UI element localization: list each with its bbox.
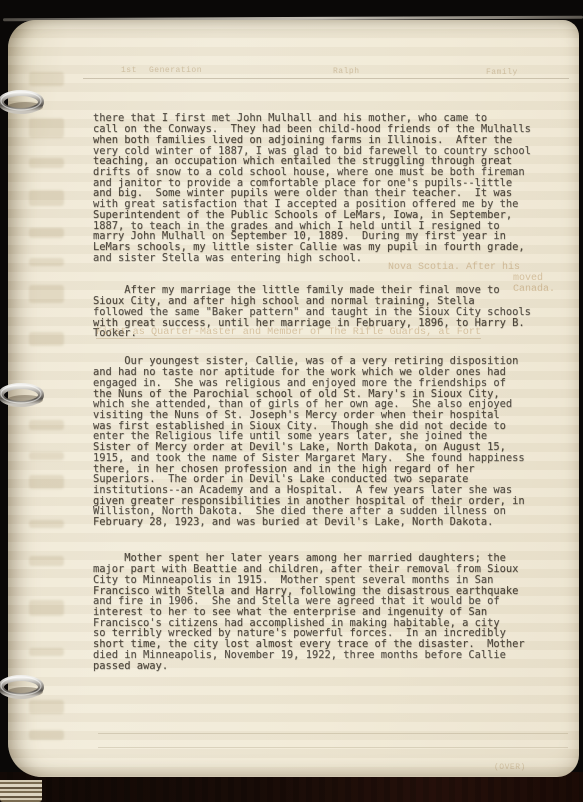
bleed-through-mark (29, 556, 64, 566)
bleed-through-mark (29, 452, 64, 460)
bleed-through-header-number: 1st (121, 66, 137, 75)
bleed-through-mark (29, 258, 64, 266)
binder-ring (0, 673, 51, 705)
paragraph-mother-later-years: Mother spent her later years among her m… (93, 553, 525, 671)
bleed-through-rifle-guards: First as Quarter-Master and Member of Th… (96, 327, 481, 339)
binder-ring (0, 88, 51, 120)
bleed-through-mark (29, 475, 64, 489)
bleed-through-nova-scotia: Nova Scotia. After his (388, 262, 520, 273)
bleed-through-mark (29, 158, 64, 168)
bleed-through-mark (29, 228, 64, 238)
bleed-through-canada: Canada. (513, 284, 555, 295)
paragraph-lemars-teaching: there that I first met John Mulhall and … (93, 113, 531, 263)
bleed-through-mark (29, 420, 64, 430)
bleed-through-mark (29, 520, 64, 528)
scanned-binder-photo: { "document": { "ghost_header": { "col1"… (0, 0, 583, 802)
bleed-through-mark (29, 285, 64, 303)
bleed-through-header-generation: Generation (149, 66, 202, 75)
paragraph-sister-callie: Our youngest sister, Callie, was of a ve… (93, 356, 525, 528)
bleed-through-mark (29, 730, 64, 740)
bleed-through-mark (29, 190, 64, 206)
bleed-through-rule (98, 733, 568, 734)
bleed-through-moved: moved (513, 273, 543, 284)
bleed-through-header-rule (83, 78, 569, 79)
bleed-through-header-family: Family (486, 68, 518, 77)
bleed-through-mark (29, 332, 64, 346)
page-over-label: (OVER) (494, 763, 526, 772)
notebook-page: 1st Generation Ralph Family there that I… (8, 20, 579, 777)
bleed-through-mark (29, 118, 64, 138)
bleed-through-mark (29, 600, 64, 616)
bleed-through-mark (29, 72, 64, 86)
bleed-through-mark (29, 648, 64, 656)
bleed-through-rule (98, 747, 568, 748)
bleed-through-header-name: Ralph (333, 67, 360, 76)
page-stack-edges (0, 780, 42, 802)
binder-ring (0, 381, 51, 413)
